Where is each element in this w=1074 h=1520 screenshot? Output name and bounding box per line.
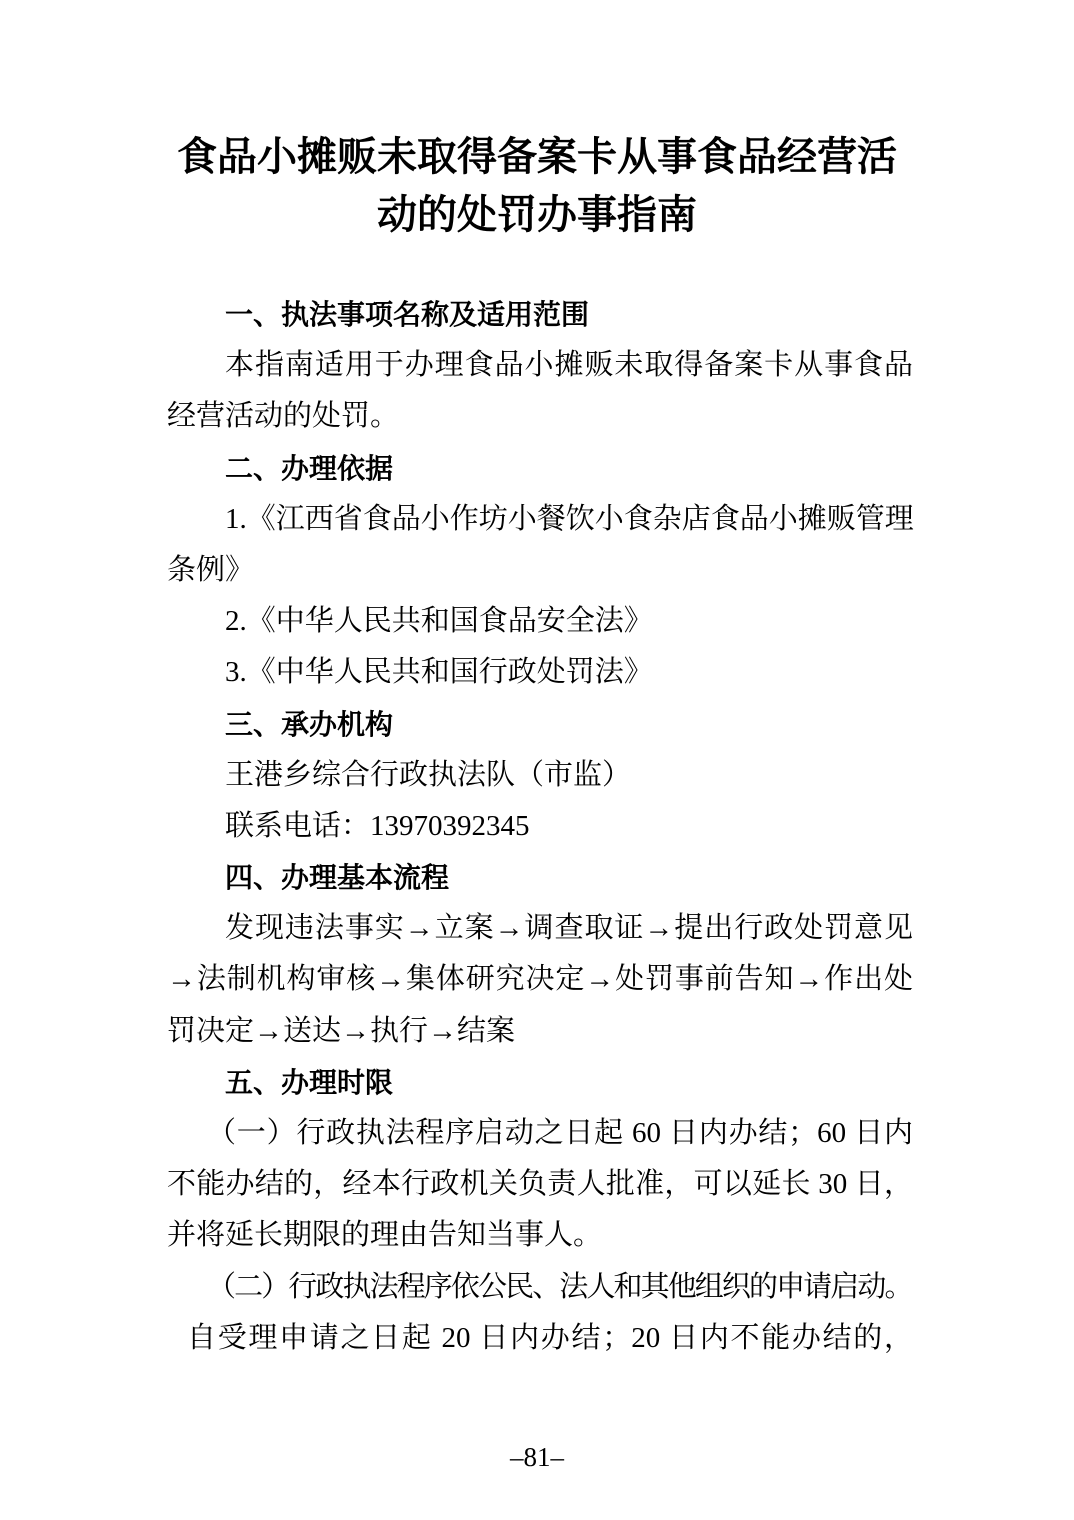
body-line: 1.《江西省食品小作坊小餐饮小食杂店食品小摊贩管理 <box>167 494 913 545</box>
body-line: →法制机构审核→集体研究决定→处罚事前告知→作出处 <box>167 954 913 1005</box>
section-heading-5: 五、办理时限 <box>167 1057 913 1108</box>
body-line: 王港乡综合行政执法队（市监） <box>167 750 913 801</box>
body-line: 条例》 <box>167 545 913 596</box>
document-page: 食品小摊贩未取得备案卡从事食品经营活 动的处罚办事指南 一、执法事项名称及适用范… <box>0 0 1074 1520</box>
document-body: 一、执法事项名称及适用范围 本指南适用于办理食品小摊贩未取得备案卡从事食品 经营… <box>167 289 913 1364</box>
body-line: 2.《中华人民共和国食品安全法》 <box>167 596 913 647</box>
section-heading-4: 四、办理基本流程 <box>167 852 913 903</box>
body-line: 本指南适用于办理食品小摊贩未取得备案卡从事食品 <box>167 340 913 391</box>
document-title-line-2: 动的处罚办事指南 <box>0 186 1074 244</box>
section-heading-2: 二、办理依据 <box>167 443 913 494</box>
document-title-line-1: 食品小摊贩未取得备案卡从事食品经营活 <box>0 128 1074 186</box>
document-title: 食品小摊贩未取得备案卡从事食品经营活 动的处罚办事指南 <box>0 128 1074 244</box>
body-line: 发现违法事实→立案→调查取证→提出行政处罚意见 <box>167 903 913 954</box>
section-heading-1: 一、执法事项名称及适用范围 <box>167 289 913 340</box>
page-number: –81– <box>0 1442 1074 1473</box>
body-line: 并将延长期限的理由告知当事人。 <box>167 1210 913 1261</box>
body-line: 3.《中华人民共和国行政处罚法》 <box>167 647 913 698</box>
body-line: 联系电话：13970392345 <box>167 801 913 852</box>
body-line: （二）行政执法程序依公民、法人和其他组织的申请启动。 <box>167 1262 913 1313</box>
body-line: 罚决定→送达→执行→结案 <box>167 1006 913 1057</box>
section-heading-3: 三、承办机构 <box>167 699 913 750</box>
body-line: （一）行政执法程序启动之日起 60 日内办结；60 日内 <box>167 1108 913 1159</box>
body-line: 经营活动的处罚。 <box>167 391 913 442</box>
body-line: 自受理申请之日起 20 日内办结；20 日内不能办结的， <box>167 1313 913 1364</box>
body-line: 不能办结的，经本行政机关负责人批准，可以延长 30 日， <box>167 1159 913 1210</box>
